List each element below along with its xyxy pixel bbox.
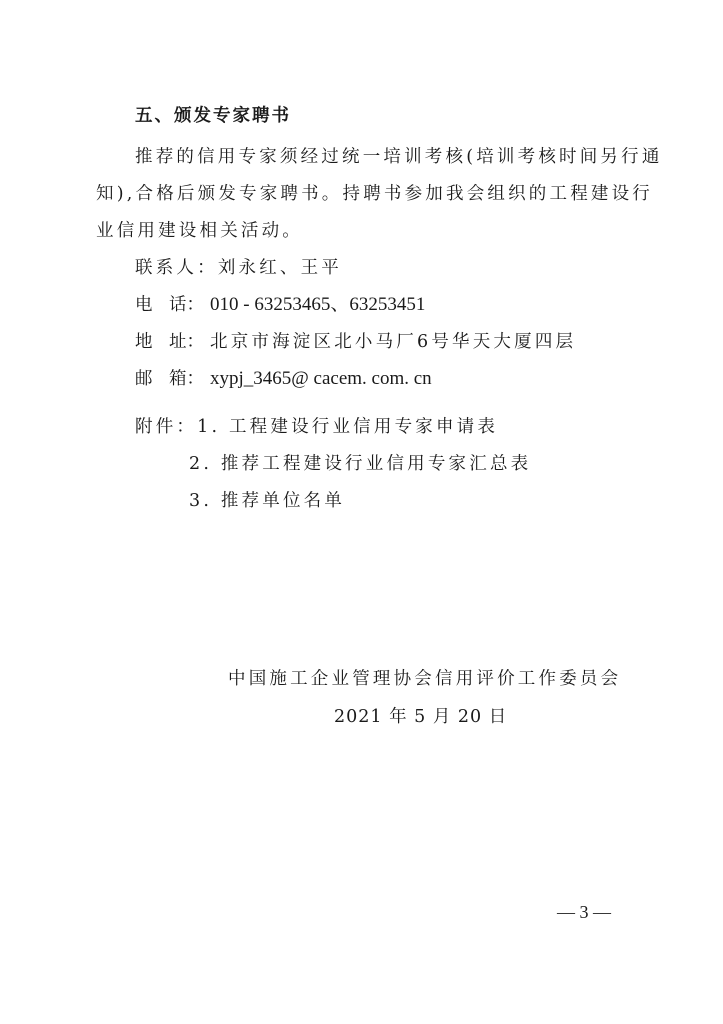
contact-email-value: xypj_3465@ cacem. com. cn (210, 368, 432, 389)
contact-address-value: 北京市海淀区北小马厂6号华天大厦四层 (210, 332, 576, 352)
signature-organization: 中国施工企业管理协会信用评价工作委员会 (228, 667, 621, 691)
contact-address-label: 地址： (135, 330, 210, 354)
page-number: — 3 — (557, 902, 611, 923)
paragraph-line-2: 知),合格后颁发专家聘书。持聘书参加我会组织的工程建设行 (96, 182, 653, 206)
attachment-item-3: 3. 推荐单位名单 (189, 489, 345, 513)
contact-person-label: 联系人： (135, 258, 218, 278)
contact-phone-label: 电话： (135, 293, 210, 317)
signature-date: 2021 年 5 月 20 日 (334, 705, 507, 729)
attachment-row-1: 附件：1. 工程建设行业信用专家申请表 (135, 415, 498, 439)
contact-phone-value: 010 - 63253465、63253451 (210, 294, 425, 315)
section-heading: 五、颁发专家聘书 (135, 104, 291, 128)
paragraph-line-3: 业信用建设相关活动。 (96, 219, 303, 243)
contact-address-row: 地址： 北京市海淀区北小马厂6号华天大厦四层 (135, 330, 576, 354)
contact-person-row: 联系人：刘永红、王平 (135, 256, 342, 280)
attachment-item-1: 1. 工程建设行业信用专家申请表 (197, 417, 498, 437)
contact-person-value: 刘永红、王平 (218, 258, 342, 278)
attachments-label: 附件： (135, 417, 197, 437)
contact-email-row: 邮箱： xypj_3465@ cacem. com. cn (135, 367, 432, 391)
contact-phone-row: 电话： 010 - 63253465、63253451 (135, 293, 425, 317)
contact-email-label: 邮箱： (135, 367, 210, 391)
attachment-item-2: 2. 推荐工程建设行业信用专家汇总表 (189, 452, 531, 476)
paragraph-line-1: 推荐的信用专家须经过统一培训考核(培训考核时间另行通 (135, 145, 663, 169)
